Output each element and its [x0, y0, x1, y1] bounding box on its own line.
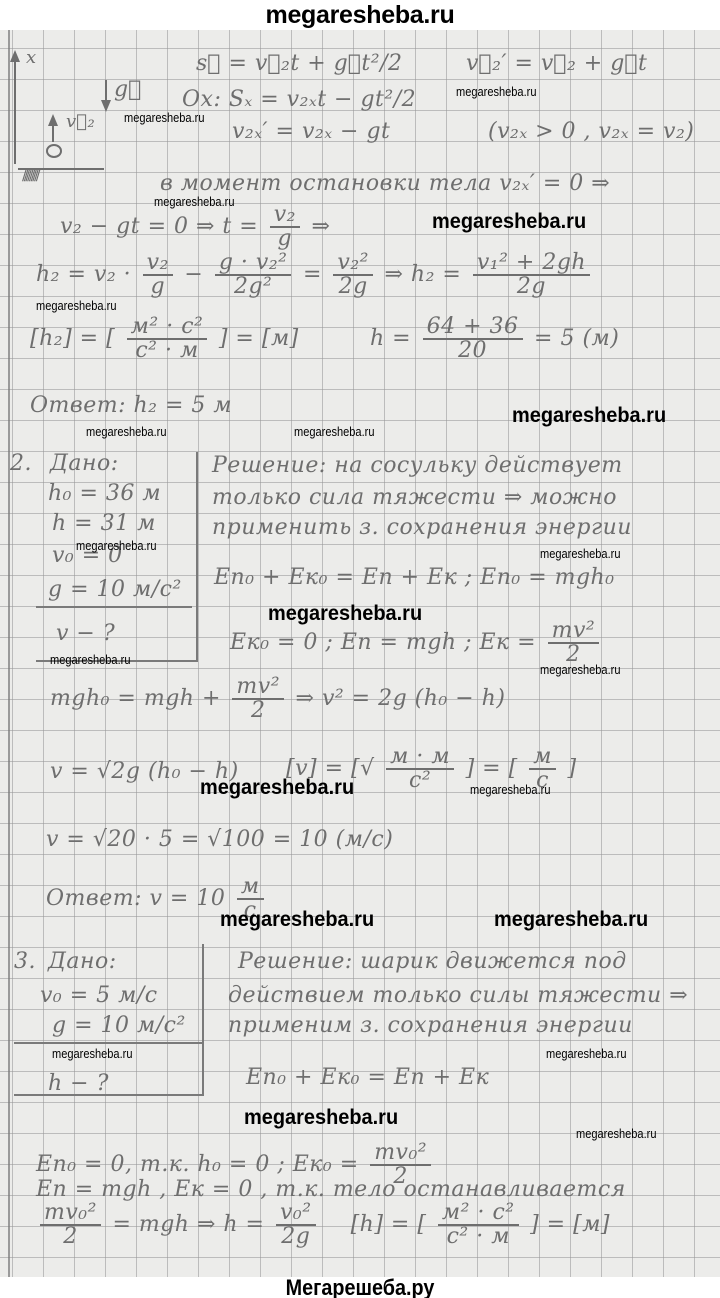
watermark: megaresheba.ru	[220, 908, 374, 932]
equation-h2: h₂ = v₂ · v₂g − g · v₂²2g² = v₂²2g ⇒ h₂ …	[36, 252, 594, 298]
condition-note: (v₂ₓ > 0 , v₂ₓ = v₂)	[488, 120, 694, 144]
velocity-arrow-shaft	[52, 124, 54, 142]
margin-line	[8, 30, 10, 1277]
watermark: megaresheba.ru	[244, 1106, 398, 1130]
problem-3-number: 3.	[14, 950, 36, 974]
given-g: g = 10 м/с²	[48, 578, 182, 602]
given-box-border-2	[196, 452, 198, 662]
ground-hatch-icon: /////////	[22, 168, 37, 184]
equation-projection-displacement: Ox: Sₓ = v₂ₓt − gt²/2	[182, 88, 416, 112]
given-box-bottom-3	[14, 1094, 204, 1096]
watermark: megaresheba.ru	[76, 538, 156, 553]
watermark: megaresheba.ru	[86, 424, 166, 439]
x-axis-line	[14, 54, 16, 164]
solution-2-line-1: Решение: на сосульку действует	[212, 454, 623, 478]
watermark: megaresheba.ru	[50, 652, 130, 667]
watermark: megaresheba.ru	[124, 110, 204, 125]
fraction-time: v₂g	[270, 204, 300, 250]
watermark: megaresheba.ru	[540, 546, 620, 561]
x-axis-label: x	[26, 46, 37, 70]
calculation-v: v = √20 · 5 = √100 = 10 (м/с)	[46, 828, 393, 852]
solution-2-line-2: только сила тяжести ⇒ можно	[212, 486, 617, 510]
equation-vector-displacement: s⃗ = v⃗₂t + g⃗t²/2	[196, 52, 402, 76]
given-divider-3	[14, 1042, 204, 1044]
gravity-arrow-shaft	[105, 80, 107, 102]
watermark: megaresheba.ru	[456, 84, 536, 99]
units-check-h2: [h₂] = [ м² · с²с² · м ] = [м]	[30, 316, 299, 362]
given-title-3: Дано:	[48, 950, 117, 974]
watermark: megaresheba.ru	[200, 776, 354, 800]
watermark: megaresheba.ru	[52, 1046, 132, 1061]
watermark: megaresheba.ru	[294, 424, 374, 439]
watermark: megaresheba.ru	[154, 194, 234, 209]
problem-2-number: 2.	[10, 452, 32, 476]
energy-terms-2: Eк₀ = 0 ; Eп = mgh ; Eк = mv²2	[230, 620, 603, 666]
watermark: megaresheba.ru	[432, 210, 586, 234]
equation-h-3: mv₀²2 = mgh ⇒ h = v₀²2g [h] = [ м² · с²с…	[36, 1202, 610, 1248]
watermark: megaresheba.ru	[36, 298, 116, 313]
energy-terms-3-line-2: Eп = mgh , Eк = 0 , т.к. тело останавлив…	[36, 1178, 626, 1202]
energy-conservation-3: Eп₀ + Eк₀ = Eп + Eк	[246, 1066, 489, 1090]
find-2: v − ?	[56, 622, 115, 646]
site-header-watermark: megaresheba.ru	[0, 0, 720, 30]
watermark: megaresheba.ru	[512, 404, 666, 428]
energy-conservation-2: Eп₀ + Eк₀ = Eп + Eк ; Eп₀ = mgh₀	[214, 566, 615, 590]
given-h: h = 31 м	[52, 512, 156, 536]
watermark: megaresheba.ru	[268, 602, 422, 626]
given-g-3: g = 10 м/с²	[52, 1014, 186, 1038]
solution-2-line-3: применить з. сохранения энергии	[212, 516, 632, 540]
equation-vector-velocity: v⃗₂′ = v⃗₂ + g⃗t	[466, 52, 647, 76]
watermark: megaresheba.ru	[494, 908, 648, 932]
site-footer-watermark: Мегарешеба.ру	[36, 1277, 684, 1298]
velocity-label: v⃗₂	[66, 110, 95, 134]
solution-3-line-3: применим з. сохранения энергии	[228, 1014, 633, 1038]
given-title-2: Дано:	[50, 452, 119, 476]
watermark: megaresheba.ru	[576, 1126, 656, 1141]
equation-time: v₂ − gt = 0 ⇒ t = v₂g ⇒	[60, 204, 330, 250]
equation-projection-velocity: v₂ₓ′ = v₂ₓ − gt	[232, 120, 390, 144]
given-v0-3: v₀ = 5 м/с	[40, 984, 158, 1008]
stop-condition-text: в момент остановки тела v₂ₓ′ = 0 ⇒	[160, 172, 610, 196]
find-3: h − ?	[48, 1072, 109, 1096]
calculation-h: h = 64 + 3620 = 5 (м)	[370, 316, 619, 362]
watermark: megaresheba.ru	[546, 1046, 626, 1061]
solution-3-line-2: действием только силы тяжести ⇒	[228, 984, 688, 1008]
equation-mgh: mgh₀ = mgh + mv²2 ⇒ v² = 2g (h₀ − h)	[50, 676, 505, 722]
answer-problem-1: Ответ: h₂ = 5 м	[30, 394, 232, 418]
solution-3-line-1: Решение: шарик движется под	[238, 950, 627, 974]
given-divider-2	[36, 606, 192, 608]
watermark: megaresheba.ru	[470, 782, 550, 797]
x-axis-arrow-icon	[10, 50, 20, 62]
given-h0: h₀ = 36 м	[48, 482, 161, 506]
body-circle-icon	[46, 144, 62, 158]
given-box-border-3	[202, 944, 204, 1096]
watermark: megaresheba.ru	[540, 662, 620, 677]
gravity-label: g⃗	[114, 78, 142, 102]
grid-paper-sheet: x g⃗ v⃗₂ ///////// s⃗ = v⃗₂t + g⃗t²/2 v⃗…	[0, 30, 720, 1277]
